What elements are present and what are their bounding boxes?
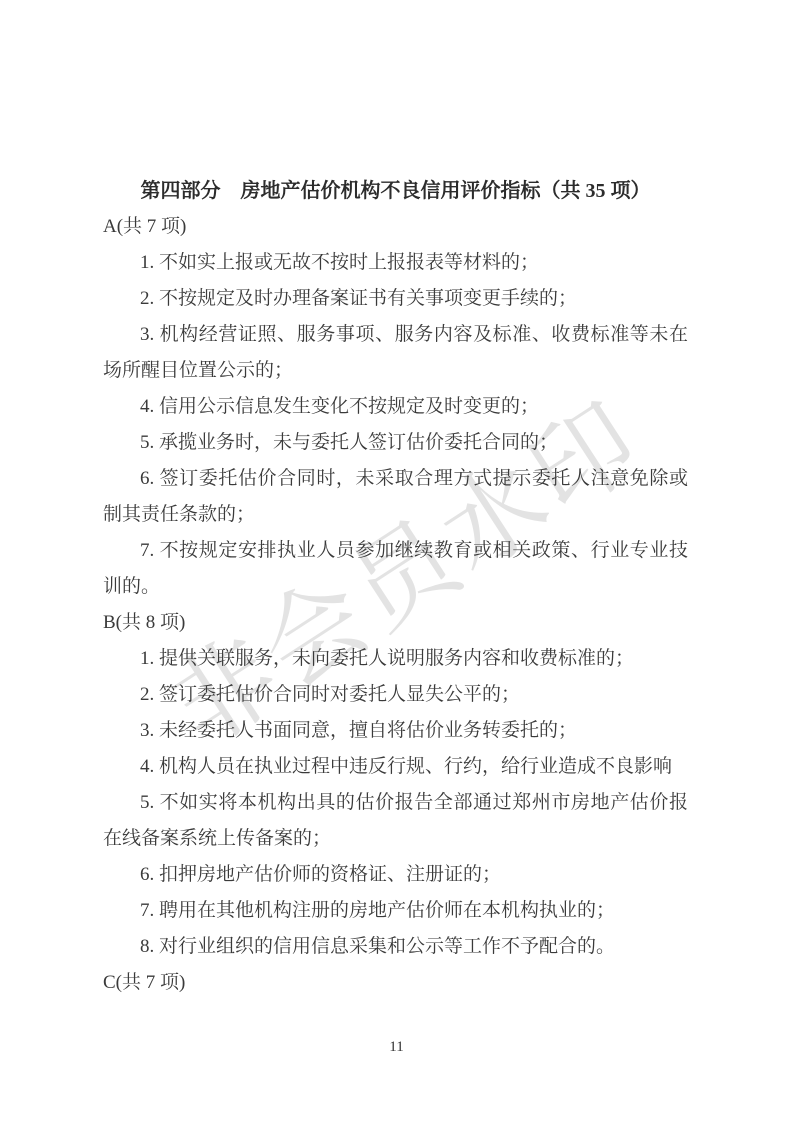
text-line: 7. 不按规定安排执业人员参加继续教育或相关政策、行业专业技能培 [103, 533, 688, 569]
page-number: 11 [0, 1033, 793, 1061]
text-line: 3. 未经委托人书面同意，擅自将估价业务转委托的； [103, 713, 688, 749]
text-line: 1. 提供关联服务，未向委托人说明服务内容和收费标准的； [103, 641, 688, 677]
text-line: 4. 机构人员在执业过程中违反行规、行约，给行业造成不良影响的； [103, 749, 688, 785]
document-page: 非会员水印 第四部分 房地产估价机构不良信用评价指标（共 35 项）A(共 7 … [0, 0, 793, 1122]
text-line: 在线备案系统上传备案的； [103, 821, 688, 857]
text-line: 7. 聘用在其他机构注册的房地产估价师在本机构执业的； [103, 893, 688, 929]
text-line: 2. 不按规定及时办理备案证书有关事项变更手续的； [103, 281, 688, 317]
text-line: 1. 不如实上报或无故不按时上报报表等材料的； [103, 245, 688, 281]
document-body: 第四部分 房地产估价机构不良信用评价指标（共 35 项）A(共 7 项)1. 不… [103, 173, 688, 1001]
section-heading: C(共 7 项) [103, 965, 688, 1001]
text-line: 制其责任条款的； [103, 497, 688, 533]
document-title: 第四部分 房地产估价机构不良信用评价指标（共 35 项） [103, 173, 688, 209]
text-line: 3. 机构经营证照、服务事项、服务内容及标准、收费标准等未在经营 [103, 317, 688, 353]
section-heading: A(共 7 项) [103, 209, 688, 245]
text-line: 6. 签订委托估价合同时，未采取合理方式提示委托人注意免除或者限 [103, 461, 688, 497]
text-line: 2. 签订委托估价合同时对委托人显失公平的； [103, 677, 688, 713]
text-line: 5. 不如实将本机构出具的估价报告全部通过郑州市房地产估价报告 [103, 785, 688, 821]
text-line: 场所醒目位置公示的； [103, 353, 688, 389]
text-line: 8. 对行业组织的信用信息采集和公示等工作不予配合的。 [103, 929, 688, 965]
text-line: 6. 扣押房地产估价师的资格证、注册证的； [103, 857, 688, 893]
text-line: 训的。 [103, 569, 688, 605]
text-line: 5. 承揽业务时，未与委托人签订估价委托合同的； [103, 425, 688, 461]
section-heading: B(共 8 项) [103, 605, 688, 641]
text-line: 4. 信用公示信息发生变化不按规定及时变更的； [103, 389, 688, 425]
